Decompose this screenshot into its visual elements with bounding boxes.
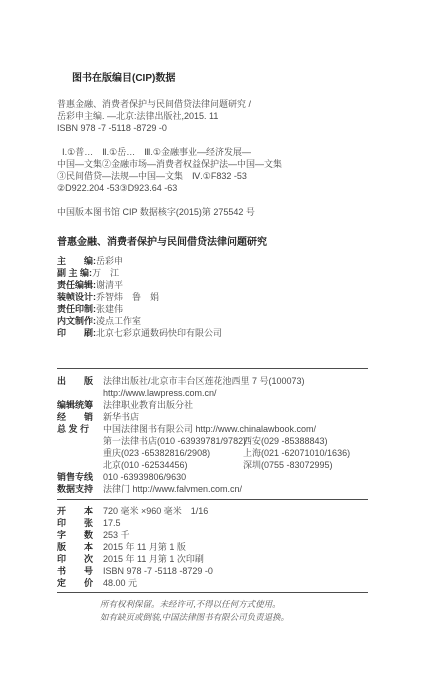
sales-hotline-label: 销售专线 (57, 471, 103, 483)
sales-hotline-row: 销售专线 010 -63939806/9630 (57, 471, 368, 483)
editor-value: 法律职业教育出版分社 (103, 399, 193, 411)
credit-value: 谢清平 (96, 279, 123, 291)
branch-store-left: 北京(010 -62534456) (103, 459, 243, 471)
credit-row: 副 主 编: 万 江 (57, 267, 368, 279)
rights-notice: 所有权利保留。未经许可,不得以任何方式使用。 如有缺页或倒装,中国法律图书有限公… (100, 598, 368, 623)
print-specs-block: 开 本 720 毫米 ×960 毫米 1/16 印 张 17.5 字 数 253… (57, 505, 368, 589)
spec-label: 定 价 (57, 577, 103, 589)
cip-classification-line: Ⅰ.①普… Ⅱ.①岳… Ⅲ.①金融事业—经济发展— (57, 146, 368, 158)
distribution-row: 经 销 新华书店 (57, 411, 368, 423)
credit-value: 岳彩申 (96, 255, 123, 267)
credit-row: 装帧设计: 乔智炜 鲁 娟 (57, 291, 368, 303)
credit-value: 万 江 (92, 267, 119, 279)
spec-row-price: 定 价 48.00 元 (57, 577, 368, 589)
cip-description-line: 岳彩申主编. —北京:法律出版社,2015. 11 (57, 110, 368, 122)
spec-label: 版 本 (57, 541, 103, 553)
credits-block: 主 编: 岳彩申 副 主 编: 万 江 责任编辑: 谢清平 装帧设计: 乔智炜 … (57, 255, 368, 339)
editor-row: 编辑统筹 法律职业教育出版分社 (57, 399, 368, 411)
cip-record-number: 中国版本图书馆 CIP 数据核字(2015)第 275542 号 (57, 206, 368, 218)
general-distribution-label: 总 发 行 (57, 423, 103, 435)
rights-notice-line: 如有缺页或倒装,中国法律图书有限公司负责退换。 (100, 611, 368, 624)
sales-hotline-value: 010 -63939806/9630 (103, 471, 186, 483)
branch-store-row: 第一法律书店(010 -63939781/9782) 西安(029 -85388… (103, 435, 368, 447)
spec-row-format: 开 本 720 毫米 ×960 毫米 1/16 (57, 505, 368, 517)
general-distribution-row: 总 发 行 中国法律图书有限公司 http://www.chinalawbook… (57, 423, 368, 435)
cip-heading: 图书在版编目(CIP)数据 (72, 73, 368, 85)
publisher-url: http://www.lawpress.com.cn/ (103, 387, 368, 399)
general-distribution-value: 中国法律图书有限公司 http://www.chinalawbook.com/ (103, 423, 316, 435)
credit-label: 主 编: (57, 255, 96, 267)
cip-isbn-line: ISBN 978 -7 -5118 -8729 -0 (57, 122, 368, 134)
branch-store-right: 深圳(0755 -83072995) (243, 459, 333, 471)
cip-description: 普惠金融、消费者保护与民间借贷法律问题研究 / 岳彩申主编. —北京:法律出版社… (57, 98, 368, 134)
credit-label: 责任编辑: (57, 279, 96, 291)
credit-row: 责任印制: 张建伟 (57, 303, 368, 315)
credit-row: 主 编: 岳彩申 (57, 255, 368, 267)
credit-value: 乔智炜 鲁 娟 (96, 291, 159, 303)
spec-value: 2015 年 11 月第 1 次印刷 (103, 553, 204, 565)
spec-row-edition: 版 本 2015 年 11 月第 1 版 (57, 541, 368, 553)
branch-store-row: 重庆(023 -65382816/2908) 上海(021 -62071010/… (103, 447, 368, 459)
cip-classification-line: ③民间借贷—法规—中国—文集 Ⅳ.①F832 -53 (57, 170, 368, 182)
branch-store-right: 上海(021 -62071010/1636) (243, 447, 350, 459)
spec-label: 印 张 (57, 517, 103, 529)
spec-row-isbn: 书 号 ISBN 978 -7 -5118 -8729 -0 (57, 565, 368, 577)
branch-store-right: 西安(029 -85388843) (243, 435, 328, 447)
divider-rule (57, 499, 368, 500)
credit-row: 责任编辑: 谢清平 (57, 279, 368, 291)
data-support-label: 数据支持 (57, 483, 103, 495)
divider-rule (57, 368, 368, 369)
credit-label: 责任印制: (57, 303, 96, 315)
copyright-page: 图书在版编目(CIP)数据 普惠金融、消费者保护与民间借贷法律问题研究 / 岳彩… (0, 0, 423, 691)
credit-label: 内文制作: (57, 315, 96, 327)
credit-value: 北京七彩京通数码快印有限公司 (96, 327, 222, 339)
branch-store-left: 第一法律书店(010 -63939781/9782) (103, 435, 243, 447)
book-title: 普惠金融、消费者保护与民间借贷法律问题研究 (57, 237, 368, 249)
credit-value: 凌点工作室 (96, 315, 141, 327)
cip-description-line: 普惠金融、消费者保护与民间借贷法律问题研究 / (57, 98, 368, 110)
credit-row: 内文制作: 凌点工作室 (57, 315, 368, 327)
spec-value: 253 千 (103, 529, 130, 541)
spec-label: 开 本 (57, 505, 103, 517)
branch-store-left: 重庆(023 -65382816/2908) (103, 447, 243, 459)
distribution-label: 经 销 (57, 411, 103, 423)
credit-label: 装帧设计: (57, 291, 96, 303)
spec-value: ISBN 978 -7 -5118 -8729 -0 (103, 565, 213, 577)
publisher-label: 出 版 (57, 375, 103, 387)
credit-label: 副 主 编: (57, 267, 92, 279)
spec-label: 字 数 (57, 529, 103, 541)
spec-value: 48.00 元 (103, 577, 137, 589)
spec-row-wordcount: 字 数 253 千 (57, 529, 368, 541)
publisher-row: 出 版 法律出版社/北京市丰台区莲花池西里 7 号(100073) (57, 375, 368, 387)
cip-classification-line: 中国—文集②金融市场—消费者权益保护法—中国—文集 (57, 158, 368, 170)
spec-value: 17.5 (103, 517, 121, 529)
credit-row: 印 刷: 北京七彩京通数码快印有限公司 (57, 327, 368, 339)
editor-label: 编辑统筹 (57, 399, 103, 411)
credit-value: 张建伟 (96, 303, 123, 315)
distribution-value: 新华书店 (103, 411, 139, 423)
divider-rule (57, 592, 368, 593)
publishing-block: 出 版 法律出版社/北京市丰台区莲花池西里 7 号(100073) http:/… (57, 375, 368, 495)
spec-row-printing: 印 次 2015 年 11 月第 1 次印刷 (57, 553, 368, 565)
spec-label: 印 次 (57, 553, 103, 565)
publisher-value: 法律出版社/北京市丰台区莲花池西里 7 号(100073) (103, 375, 305, 387)
spec-label: 书 号 (57, 565, 103, 577)
data-support-value: 法律门 http://www.falvmen.com.cn/ (103, 483, 242, 495)
branch-store-row: 北京(010 -62534456) 深圳(0755 -83072995) (103, 459, 368, 471)
spec-row-sheets: 印 张 17.5 (57, 517, 368, 529)
data-support-row: 数据支持 法律门 http://www.falvmen.com.cn/ (57, 483, 368, 495)
spec-value: 720 毫米 ×960 毫米 1/16 (103, 505, 208, 517)
spec-value: 2015 年 11 月第 1 版 (103, 541, 186, 553)
cip-classification-line: ②D922.204 -53③D923.64 -63 (57, 182, 368, 194)
cip-classification: Ⅰ.①普… Ⅱ.①岳… Ⅲ.①金融事业—经济发展— 中国—文集②金融市场—消费者… (57, 146, 368, 194)
rights-notice-line: 所有权利保留。未经许可,不得以任何方式使用。 (100, 598, 368, 611)
credit-label: 印 刷: (57, 327, 96, 339)
